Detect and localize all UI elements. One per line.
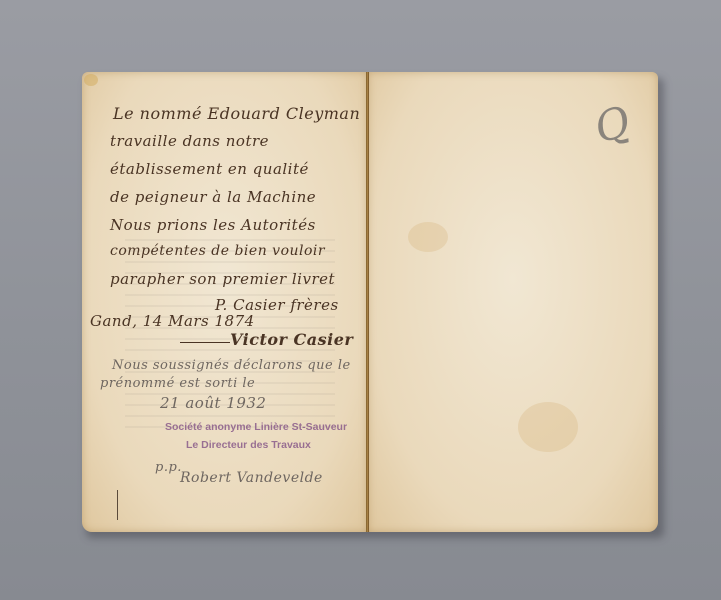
company-stamp-line: Société anonyme Linière St-Sauveur [165,421,347,433]
pp-note: p.p. [155,460,182,475]
handwritten-line: compétentes de bien vouloir [110,243,325,259]
handwritten-line: de peigneur à la Machine [110,188,316,206]
handwritten-line: établissement en qualité [110,160,309,178]
exit-date: 21 août 1932 [160,394,266,412]
flourish-line [180,342,230,343]
place-date: Gand, 14 Mars 1874 [90,312,255,330]
booklet-spine [366,72,369,532]
director-signature: Robert Vandevelde [180,470,323,486]
handwritten-line: Nous prions les Autorités [110,216,316,234]
pencil-tick-mark [117,490,118,520]
paper-stain [518,402,578,452]
pencil-note-line: Nous soussignés déclarons que le [112,358,351,373]
handwritten-line: Le nommé Edouard Cleyman [113,104,360,123]
handwritten-line: travaille dans notre [110,132,269,150]
company-stamp-line: Le Directeur des Travaux [186,439,311,451]
paper-stain [84,74,98,86]
victor-casier-signature: Victor Casier [230,330,353,349]
paper-stain [408,222,448,252]
pencil-note-line: prénommé est sorti le [100,376,255,391]
handwritten-line: parapher son premier livret [110,270,335,288]
